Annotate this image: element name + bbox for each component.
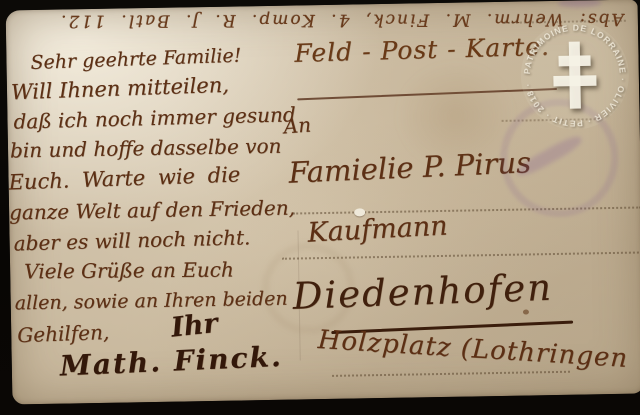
message-line: Gehilfen, bbox=[17, 322, 110, 345]
signature: Math. Finck. bbox=[59, 343, 283, 381]
message-line: Will Ihnen mitteilen, bbox=[11, 75, 230, 104]
watermark-seal: PATRIMOINE DE LORRAINE · OLIVIER · PETIT… bbox=[511, 12, 639, 140]
message-line: ganze Welt auf den Frieden, bbox=[9, 198, 295, 223]
ink-spot bbox=[523, 309, 529, 314]
violet-stamp-edge bbox=[557, 0, 601, 8]
message-line: Sehr geehrte Familie! bbox=[30, 47, 241, 73]
address-line-occupation: Kaufmann bbox=[307, 212, 448, 246]
message-line: Euch. Warte wie die bbox=[8, 164, 240, 193]
message-line: allen, sowie an Ihren beiden bbox=[15, 290, 288, 314]
message-line: daß ich noch immer gesund bbox=[13, 104, 296, 131]
postcard: Abs: Wehrm. M. Finck, 4. Komp. R. J. Bat… bbox=[6, 0, 640, 404]
address-line-street: Holzplatz (Lothringen bbox=[317, 327, 629, 372]
message-line: bin und hoffe dasselbe von bbox=[10, 136, 282, 161]
address-intro: An bbox=[283, 115, 312, 137]
message-valediction: Ihr bbox=[170, 310, 219, 342]
message-line: Viele Grüße an Euch bbox=[24, 260, 234, 282]
photo-background: Abs: Wehrm. M. Finck, 4. Komp. R. J. Bat… bbox=[0, 0, 640, 415]
address-line-city: Diedenhofen bbox=[292, 269, 553, 315]
message-line: aber es will noch nicht. bbox=[13, 227, 250, 253]
address-dotted-line bbox=[332, 371, 570, 377]
address-dotted-line bbox=[282, 251, 640, 259]
address-line-name: Famielie P. Pirus bbox=[288, 148, 532, 188]
